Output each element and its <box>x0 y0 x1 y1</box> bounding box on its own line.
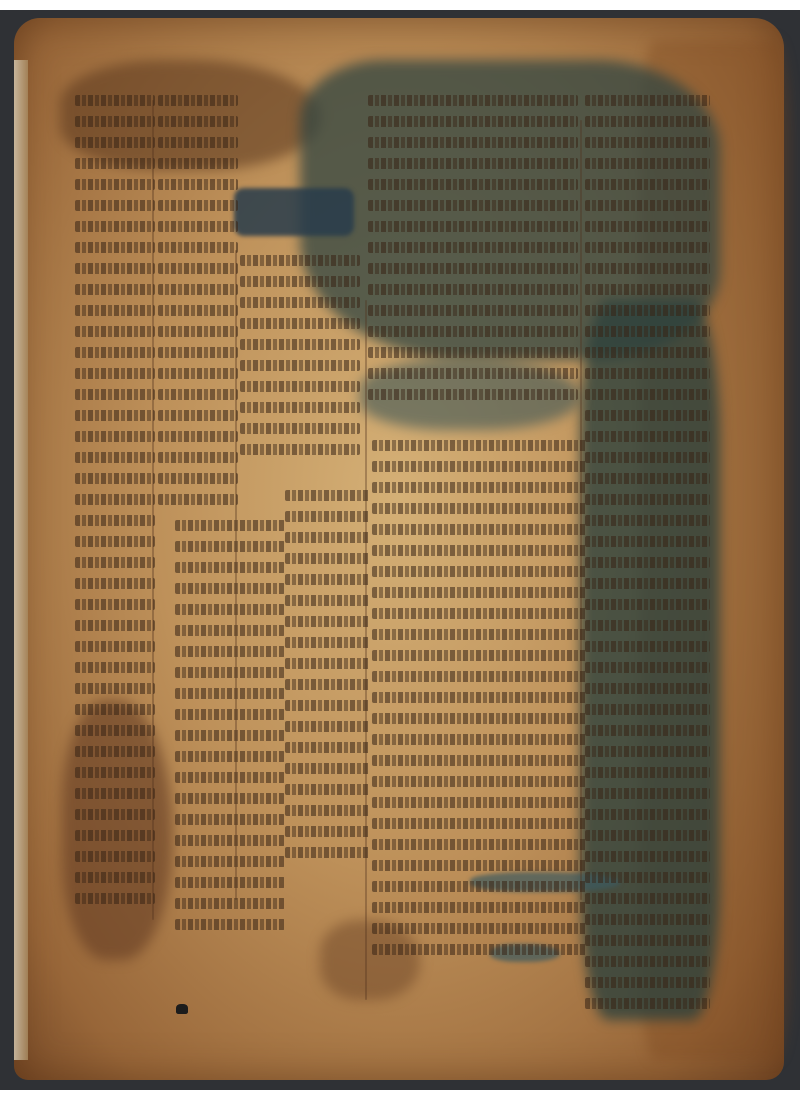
wormhole <box>176 1004 188 1014</box>
text-column-1 <box>75 95 155 914</box>
text-column-2 <box>158 95 238 515</box>
text-column-4 <box>368 95 578 410</box>
text-column-2-lower <box>175 520 285 940</box>
text-column-4-lower <box>372 440 587 965</box>
text-column-3 <box>240 255 360 465</box>
text-column-3-lower <box>285 490 370 868</box>
stain-blue-patch <box>234 188 354 236</box>
text-column-5 <box>585 95 710 1019</box>
page-spine-edge <box>14 60 28 1060</box>
